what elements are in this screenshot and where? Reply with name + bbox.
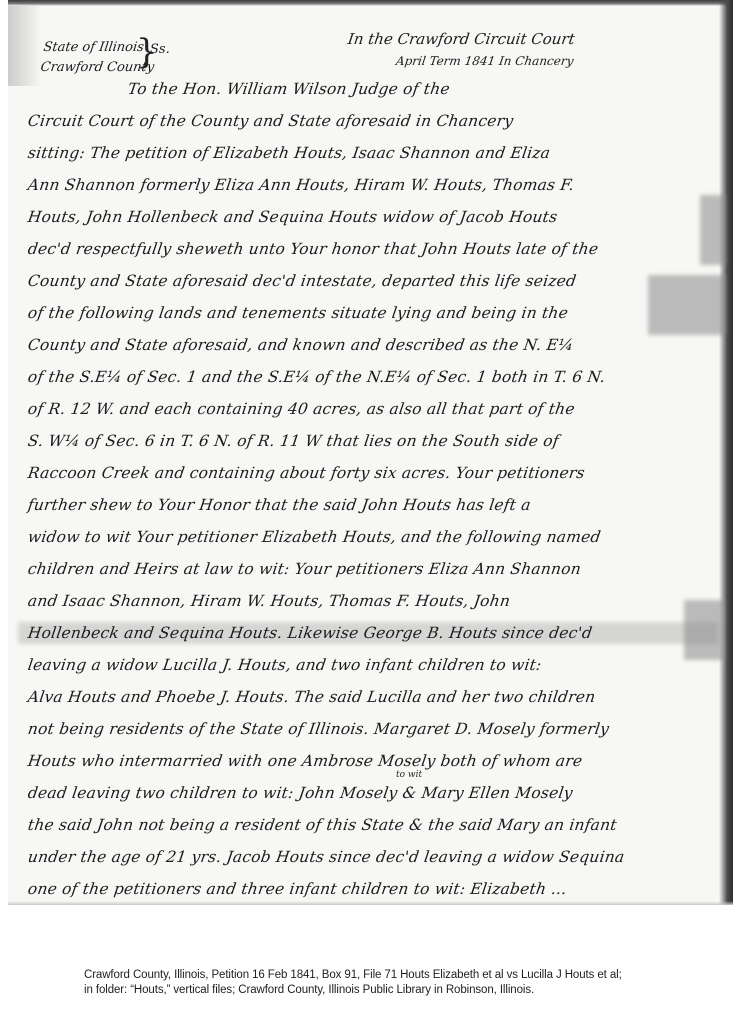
image-caption: Crawford County, Illinois, Petition 16 F… [84,968,684,998]
term-heading: April Term 1841 In Chancery [395,54,574,68]
petition-line: sitting: The petition of Elizabeth Houts… [27,144,719,162]
petition-line: Ann Shannon formerly Eliza Ann Houts, Hi… [27,176,719,194]
caption-line-1: Crawford County, Illinois, Petition 16 F… [84,968,684,983]
petition-line: not being residents of the State of Illi… [27,720,719,738]
petition-line: To the Hon. William Wilson Judge of the [127,80,719,98]
petition-line: Raccoon Creek and containing about forty… [27,464,719,482]
petition-line: leaving a widow Lucilla J. Houts, and tw… [27,656,719,674]
interlinear-insertion: to wit [396,770,422,780]
petition-line: further shew to Your Honor that the said… [27,496,719,514]
petition-line: Circuit Court of the County and State af… [27,112,719,130]
petition-line: widow to wit Your petitioner Elizabeth H… [27,528,719,546]
venue-ss: Ss. [150,42,170,57]
petition-line: of the S.E¼ of Sec. 1 and the S.E¼ of th… [27,368,719,386]
petition-line: of R. 12 W. and each containing 40 acres… [27,400,719,418]
petition-line: children and Heirs at law to wit: Your p… [27,560,719,578]
scan-left-shadow [8,6,42,86]
petition-line: Alva Houts and Phoebe J. Houts. The said… [27,688,719,706]
petition-line: County and State aforesaid dec'd intesta… [27,272,719,290]
scan-top-edge [8,0,733,6]
scan-right-edge [719,0,733,905]
petition-line: under the age of 21 yrs. Jacob Houts sin… [27,848,719,866]
petition-line: one of the petitioners and three infant … [27,880,719,898]
petition-line: dead leaving two children to wit: John M… [27,784,719,802]
scan-bottom-edge [8,901,733,905]
petition-line: County and State aforesaid, and known an… [27,336,719,354]
petition-line: dec'd respectfully sheweth unto Your hon… [27,240,719,258]
court-heading: In the Crawford Circuit Court [347,30,576,48]
scanned-document-image: State of Illinois Crawford County } Ss. … [8,0,733,905]
petition-line: the said John not being a resident of th… [27,816,719,834]
petition-line: of the following lands and tenements sit… [27,304,719,322]
petition-line: S. W¼ of Sec. 6 in T. 6 N. of R. 11 W th… [27,432,719,450]
petition-line: and Isaac Shannon, Hiram W. Houts, Thoma… [27,592,719,610]
petition-line: Hollenbeck and Sequina Houts. Likewise G… [27,624,719,642]
petition-line: Houts, John Hollenbeck and Sequina Houts… [27,208,719,226]
caption-line-2: in folder: “Houts,” vertical files; Craw… [84,983,684,998]
petition-line: Houts who intermarried with one Ambrose … [27,752,719,770]
